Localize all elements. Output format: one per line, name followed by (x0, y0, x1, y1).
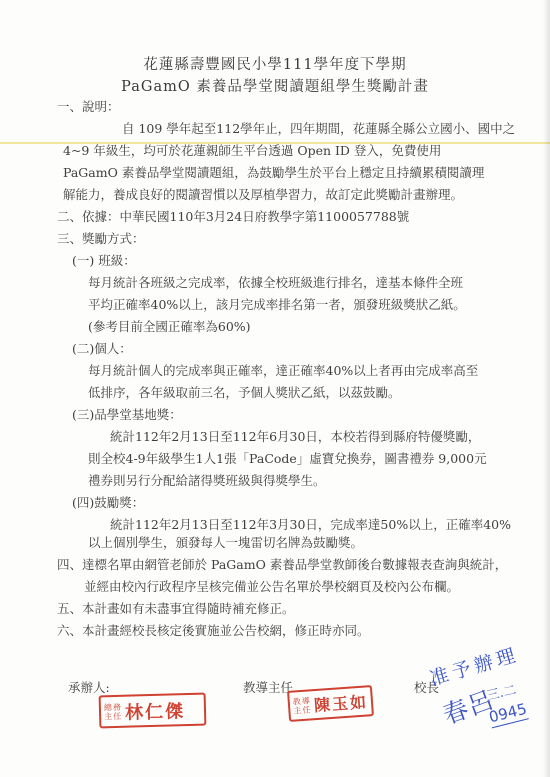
scanned-document-page: 花蓮縣壽豐國民小學111學年度下學期 PaGamO 素養品學堂閱讀題組學生獎勵計… (0, 0, 550, 777)
doc-line-section-4: 四、達標名單由網管老師於 PaGamO 素養品學堂教師後台數據報表查詢與統計， (0, 554, 550, 576)
doc-line: PaGamO 素養品學堂閱讀題組，為鼓勵學生於平台上穩定且持續累積閱讀理 (0, 162, 550, 184)
doc-line: 解能力，養成良好的閱讀習慣以及厚植學習力，故訂定此獎勵計畫辦理。 (0, 184, 550, 206)
doc-line: 每月統計個人的完成率與正確率，達正確率40%以上者再由完成率高至 (0, 360, 550, 382)
stamp-title-small: 教導 主任 (292, 696, 311, 715)
doc-line: 低排序，各年級取前三名，予個人獎狀乙紙，以茲鼓勵。 (0, 382, 550, 404)
stamp-title-small: 總務 主任 (104, 702, 122, 720)
doc-line-section-1: 一、說明： (0, 96, 550, 118)
document-title-line2: PaGamO 素養品學堂閱讀題組學生獎勵計畫 (0, 76, 550, 98)
doc-line: 則全校4-9年級學生1人1張「PaCode」虛寶兌換券，圖書禮券 9,000元 (0, 448, 550, 470)
doc-line: 平均正確率40%以上，該月完成率排名第一者，頒發班級獎狀乙紙。 (0, 294, 550, 316)
stamp-general-affairs-director: 總務 主任 林仁傑 (99, 693, 207, 729)
doc-line-subsection-4: (四)鼓勵獎： (0, 492, 550, 514)
doc-line: 禮券則另行分配給諸得獎班級與得獎學生。 (0, 470, 550, 492)
doc-line-section-2: 二、依據：中華民國110年3月24日府教學字第1100057788號 (0, 206, 550, 228)
doc-line-section-6: 六、本計畫經校長核定後實施並公告校網，修正時亦同。 (0, 620, 550, 642)
doc-line-subsection-3: (三)品學堂基地獎： (0, 404, 550, 426)
stamp-name: 林仁傑 (125, 697, 186, 725)
stamp-name: 陳玉如 (313, 689, 368, 716)
doc-line: 每月統計各班級之完成率，依據全校班級進行排名，達基本條件全班 (0, 272, 550, 294)
doc-line: 統計112年2月13日至112年6月30日，本校若得到縣府特優獎勵， (0, 426, 550, 448)
document-title-block: 花蓮縣壽豐國民小學111學年度下學期 PaGamO 素養品學堂閱讀題組學生獎勵計… (0, 54, 550, 98)
stamp-academic-director: 教導 主任 陳玉如 (287, 685, 374, 722)
academic-director-label: 教導主任 (243, 678, 293, 696)
doc-line: 並經由校內行政程序呈核完備並公告名單於學校網頁及校內公布欄。 (0, 576, 550, 598)
document-title-line1: 花蓮縣壽豐國民小學111學年度下學期 (0, 54, 550, 76)
document-body: 一、說明： 自 109 學年起至112學年止，四年期間，花蓮縣全縣公立國小、國中… (0, 96, 550, 642)
doc-line: 自 109 學年起至112學年止，四年期間，花蓮縣全縣公立國小、國中之 (0, 118, 550, 140)
handwritten-date: 三.二 (484, 679, 517, 704)
doc-line-subsection-2: (二)個人： (0, 338, 550, 360)
doc-line: (參考目前全國正確率為60%) (0, 316, 550, 338)
doc-line: 4~9 年級生，均可於花蓮親師生平台透過 Open ID 登入，免費使用 (0, 140, 550, 162)
doc-line-section-5: 五、本計畫如有未盡事宜得隨時補充修正。 (0, 598, 550, 620)
doc-line-subsection-1: (一) 班級： (0, 250, 550, 272)
undertaker-label: 承辦人: (68, 678, 110, 696)
doc-line-section-3: 三、獎勵方式： (0, 228, 550, 250)
